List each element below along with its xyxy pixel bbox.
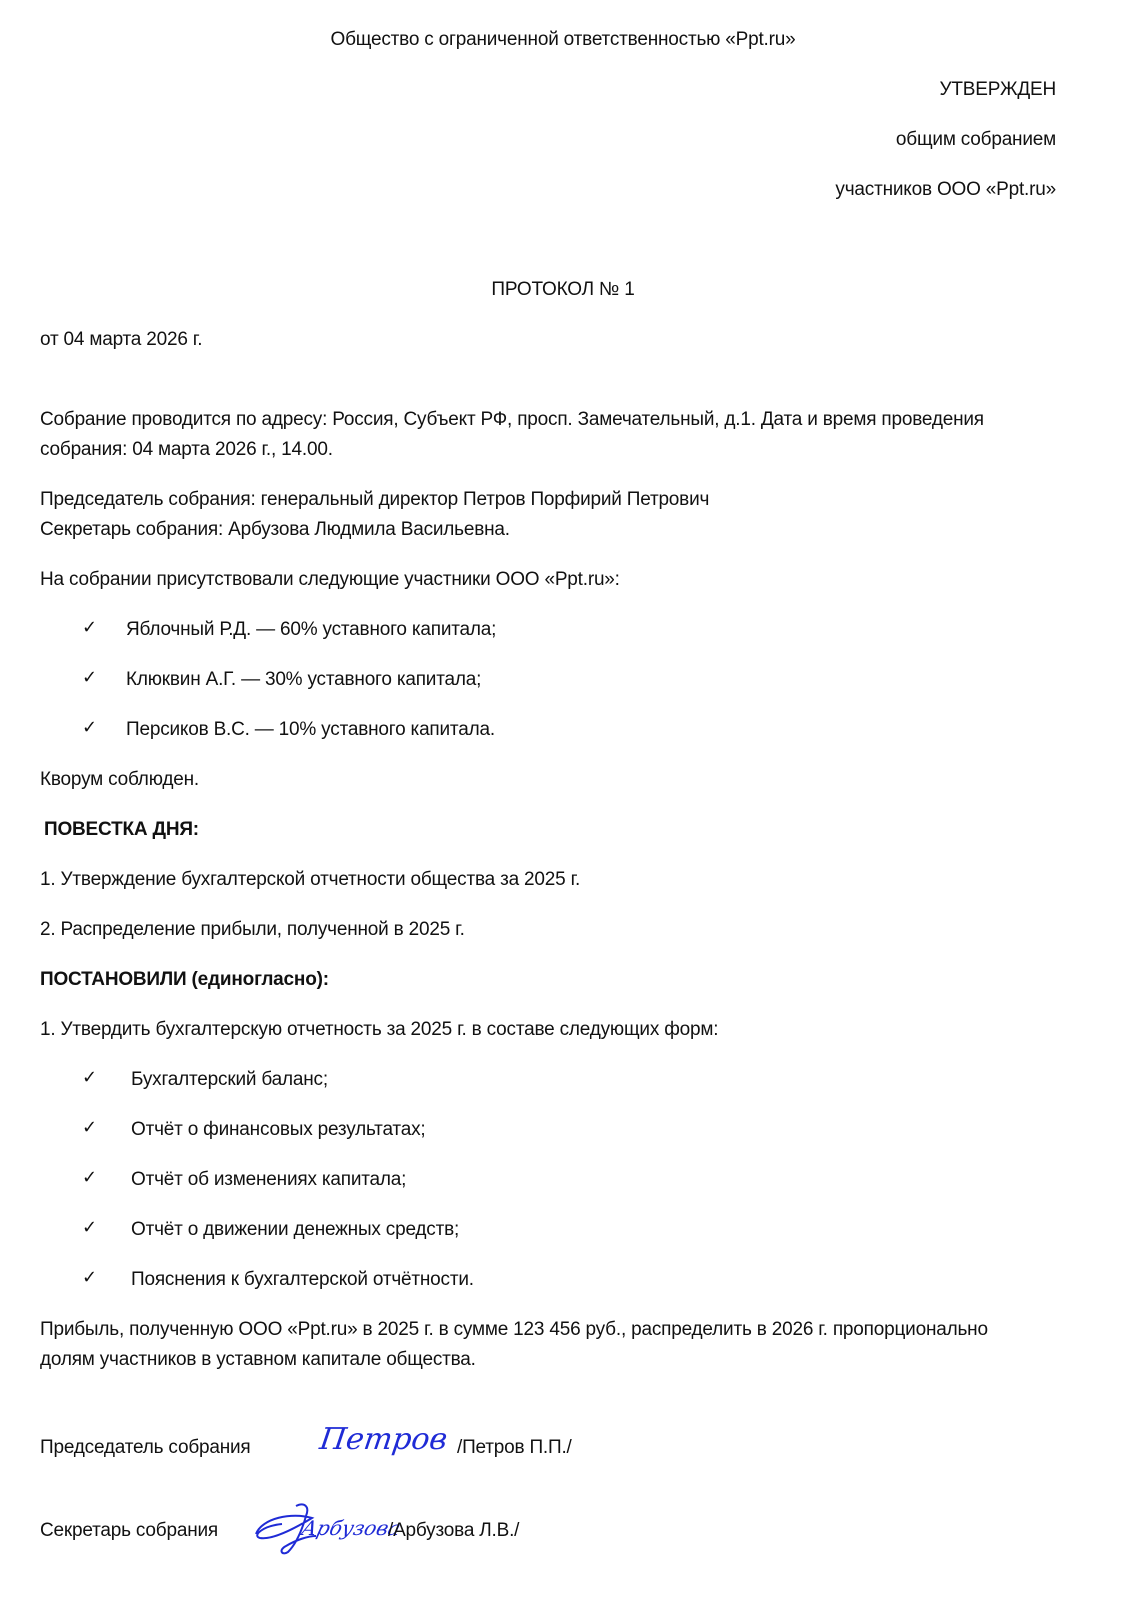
meeting-info-line-2: собрания: 04 марта 2026 г., 14.00. xyxy=(40,438,333,462)
check-icon: ✓ xyxy=(82,616,97,640)
profit-line-1: Прибыль, полученную ООО «Ppt.ru» в 2025 … xyxy=(40,1318,988,1342)
list-item: Пояснения к бухгалтерской отчётности. xyxy=(131,1268,474,1292)
meeting-info-line-1: Собрание проводится по адресу: Россия, С… xyxy=(40,408,984,432)
chairman-label: Председатель собрания xyxy=(40,1436,251,1460)
resolution-heading: ПОСТАНОВИЛИ (единогласно): xyxy=(40,968,329,992)
check-icon: ✓ xyxy=(82,716,97,740)
check-icon: ✓ xyxy=(82,1266,97,1290)
secretary-name: /Арбузова Л.В./ xyxy=(388,1519,519,1543)
organization-name: Общество с ограниченной ответственностью… xyxy=(0,28,1126,52)
chairman-name: /Петров П.П./ xyxy=(457,1436,572,1460)
agenda-heading: ПОВЕСТКА ДНЯ: xyxy=(44,818,199,842)
chairman-signature: Петров xyxy=(318,1422,450,1457)
list-item: Персиков В.С. — 10% уставного капитала. xyxy=(126,718,495,742)
agenda-item: 2. Распределение прибыли, полученной в 2… xyxy=(40,918,465,942)
approval-line-1: УТВЕРЖДЕН xyxy=(940,78,1057,102)
document-title: ПРОТОКОЛ № 1 xyxy=(0,278,1126,302)
agenda-item: 1. Утверждение бухгалтерской отчетности … xyxy=(40,868,580,892)
profit-line-2: долям участников в уставном капитале общ… xyxy=(40,1348,476,1372)
secretary-line: Секретарь собрания: Арбузова Людмила Вас… xyxy=(40,518,510,542)
attendees-intro: На собрании присутствовали следующие уча… xyxy=(40,568,620,592)
quorum-text: Кворум соблюден. xyxy=(40,768,199,792)
list-item: Отчёт об изменениях капитала; xyxy=(131,1168,406,1192)
chairman-line: Председатель собрания: генеральный дирек… xyxy=(40,488,709,512)
check-icon: ✓ xyxy=(82,666,97,690)
approval-line-2: общим собранием xyxy=(896,128,1056,152)
secretary-signature: Арбузова xyxy=(252,1500,372,1558)
list-item: Отчёт о финансовых результатах; xyxy=(131,1118,425,1142)
approval-line-3: участников ООО «Ppt.ru» xyxy=(835,178,1056,202)
list-item: Яблочный Р.Д. — 60% уставного капитала; xyxy=(126,618,496,642)
list-item: Клюквин А.Г. — 30% уставного капитала; xyxy=(126,668,481,692)
document-date: от 04 марта 2026 г. xyxy=(40,328,202,352)
resolution-item-1: 1. Утвердить бухгалтерскую отчетность за… xyxy=(40,1018,718,1042)
check-icon: ✓ xyxy=(82,1066,97,1090)
list-item: Отчёт о движении денежных средств; xyxy=(131,1218,459,1242)
secretary-label: Секретарь собрания xyxy=(40,1519,218,1543)
check-icon: ✓ xyxy=(82,1216,97,1240)
list-item: Бухгалтерский баланс; xyxy=(131,1068,328,1092)
check-icon: ✓ xyxy=(82,1116,97,1140)
check-icon: ✓ xyxy=(82,1166,97,1190)
